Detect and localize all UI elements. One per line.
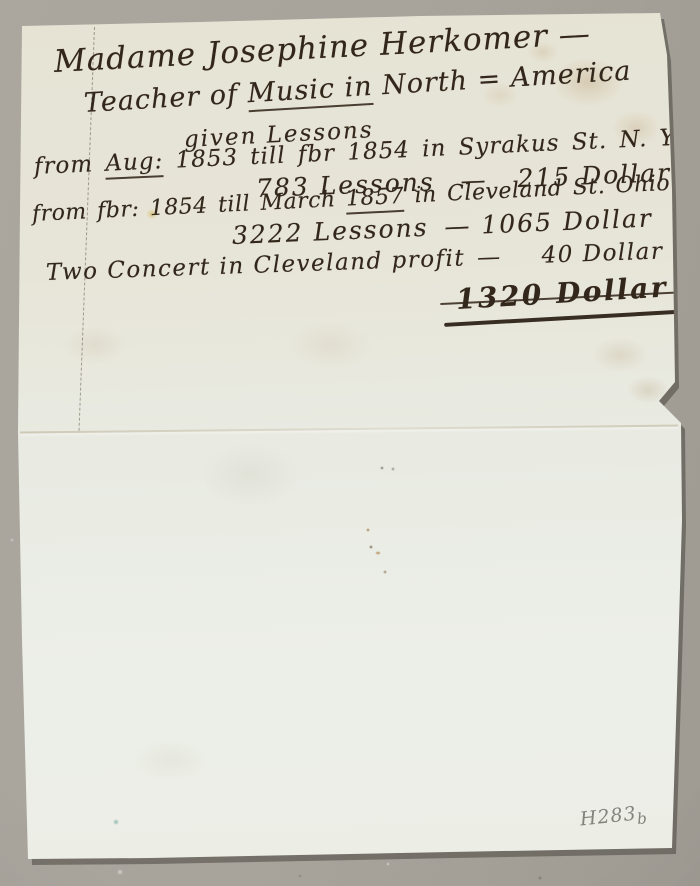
period-cleveland-underlined: 1857 <box>345 184 404 215</box>
subtitle-pre: Teacher of <box>83 78 248 119</box>
catalog-number-pencil: H283b <box>579 802 649 834</box>
dash-stroke: — <box>477 244 502 271</box>
concert-amount: 40 Dollar <box>541 238 664 268</box>
handwritten-document-paper: Madame Josephine Herkomer — Teacher of M… <box>0 0 700 886</box>
catalog-number-suffix: b <box>636 809 649 828</box>
catalog-number-main: H283 <box>579 803 638 831</box>
period-syracuse-pre: from <box>33 151 106 180</box>
cleveland-lessons-count: 3222 Lessons <box>231 213 429 250</box>
dash-stroke: — <box>444 211 472 241</box>
cleveland-amount: 1065 Dollar <box>481 203 654 239</box>
photo-background: Madame Josephine Herkomer — Teacher of M… <box>0 0 700 886</box>
concert-label: Two Concert in Cleveland profit <box>46 245 466 286</box>
horizontal-fold-crease <box>20 425 678 434</box>
period-syracuse-underlined: Aug: <box>105 148 164 180</box>
subtitle-post: North = America <box>372 56 633 102</box>
total-amount: 1320 Dollar <box>455 270 669 316</box>
subtitle-underlined: Music in <box>247 71 374 112</box>
